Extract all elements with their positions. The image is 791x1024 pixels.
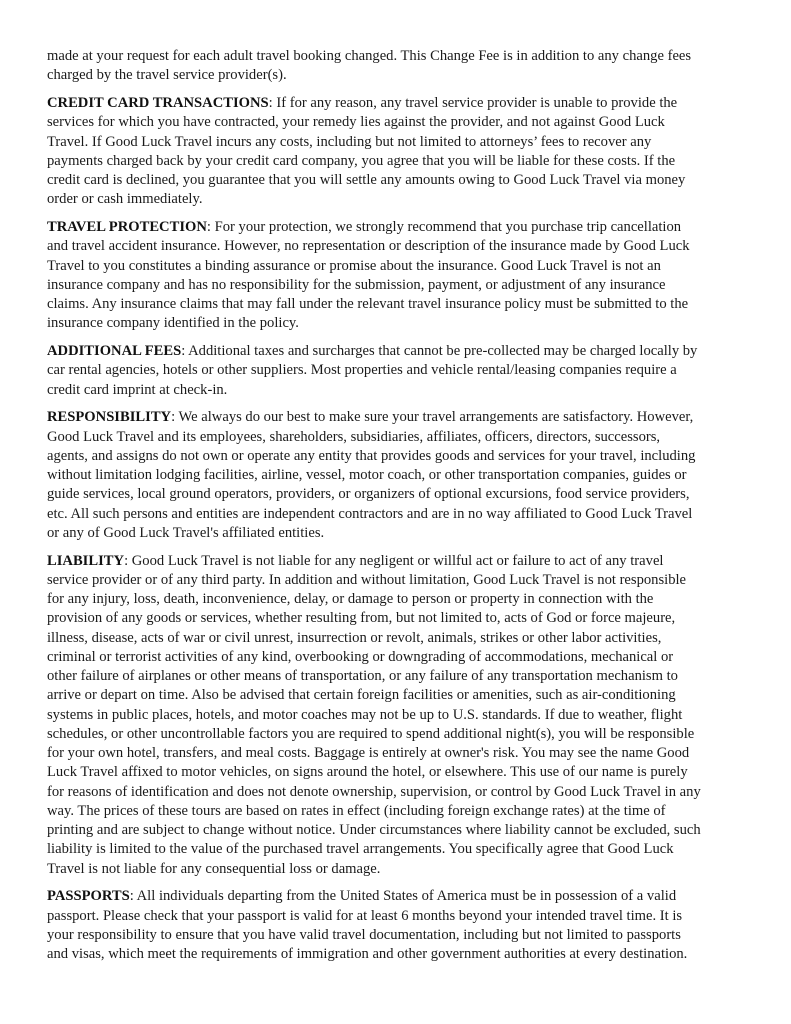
text-line: your responsibility to ensure that you h… [47, 926, 747, 945]
text-line: criminal or terrorist activities of any … [47, 648, 747, 667]
text-line: printing and are subject to change witho… [47, 821, 747, 840]
text-line: way. The prices of these tours are based… [47, 802, 747, 821]
text-fragment: : For your protection, we strongly recom… [207, 219, 681, 235]
text-line: liability is limited to the value of the… [47, 840, 747, 859]
text-line: schedules, or other uncontrollable facto… [47, 725, 747, 744]
text-fragment: : Good Luck Travel is not liable for any… [124, 553, 663, 569]
text-line: credit card is declined, you guarantee t… [47, 171, 747, 190]
text-line: charged by the travel service provider(s… [47, 66, 747, 85]
text-line: passport. Please check that your passpor… [47, 907, 747, 926]
section-credit-card-transactions: CREDIT CARD TRANSACTIONS: If for any rea… [47, 94, 747, 210]
document-page: made at your request for each adult trav… [47, 47, 747, 973]
text-line: guide services, local ground operators, … [47, 485, 747, 504]
text-line: TRAVEL PROTECTION: For your protection, … [47, 218, 747, 237]
text-line: for your own hotel, transfers, and meal … [47, 744, 747, 763]
section-responsibility: RESPONSIBILITY: We always do our best to… [47, 408, 747, 543]
text-line: Travel is not liable for any consequenti… [47, 860, 747, 879]
text-line: claims. Any insurance claims that may fa… [47, 295, 747, 314]
text-line: order or cash immediately. [47, 190, 747, 209]
text-line: credit card imprint at check-in. [47, 381, 747, 400]
section-travel-protection: TRAVEL PROTECTION: For your protection, … [47, 218, 747, 334]
text-line: RESPONSIBILITY: We always do our best to… [47, 408, 747, 427]
text-fragment: : We always do our best to make sure you… [171, 409, 693, 425]
text-line: for any injury, loss, death, inconvenien… [47, 590, 747, 609]
section-liability: LIABILITY: Good Luck Travel is not liabl… [47, 552, 747, 879]
text-line: LIABILITY: Good Luck Travel is not liabl… [47, 552, 747, 571]
section-additional-fees: ADDITIONAL FEES: Additional taxes and su… [47, 342, 747, 400]
text-line: insurance company and has no responsibil… [47, 276, 747, 295]
text-line: payments charged back by your credit car… [47, 152, 747, 171]
text-line: for reasons of identification and does n… [47, 783, 747, 802]
text-line: other failure of airplanes or other mean… [47, 667, 747, 686]
text-line: illness, disease, acts of war or civil u… [47, 629, 747, 648]
text-line: arrive or depart on time. Also be advise… [47, 686, 747, 705]
text-line: CREDIT CARD TRANSACTIONS: If for any rea… [47, 94, 747, 113]
text-line: Luck Travel affixed to motor vehicles, o… [47, 763, 747, 782]
text-line: and travel accident insurance. However, … [47, 237, 747, 256]
text-fragment: : All individuals departing from the Uni… [130, 888, 676, 904]
text-line: or any of Good Luck Travel's affiliated … [47, 524, 747, 543]
text-line: made at your request for each adult trav… [47, 47, 747, 66]
section-heading: ADDITIONAL FEES [47, 343, 181, 359]
section-heading: PASSPORTS [47, 888, 130, 904]
text-line: insurance company identified in the poli… [47, 314, 747, 333]
continuation-paragraph: made at your request for each adult trav… [47, 47, 747, 86]
text-line: without limitation lodging facilities, a… [47, 466, 747, 485]
text-fragment: : If for any reason, any travel service … [269, 95, 677, 111]
section-heading: TRAVEL PROTECTION [47, 219, 207, 235]
section-passports: PASSPORTS: All individuals departing fro… [47, 887, 747, 964]
text-line: systems in public places, hotels, and mo… [47, 706, 747, 725]
text-line: etc. All such persons and entities are i… [47, 505, 747, 524]
text-line: PASSPORTS: All individuals departing fro… [47, 887, 747, 906]
section-heading: CREDIT CARD TRANSACTIONS [47, 95, 269, 111]
text-line: agents, and assigns do not own or operat… [47, 447, 747, 466]
section-heading: LIABILITY [47, 553, 124, 569]
text-line: car rental agencies, hotels or other sup… [47, 361, 747, 380]
text-line: Good Luck Travel and its employees, shar… [47, 428, 747, 447]
text-line: ADDITIONAL FEES: Additional taxes and su… [47, 342, 747, 361]
text-line: services for which you have contracted, … [47, 113, 747, 132]
text-line: and visas, which meet the requirements o… [47, 945, 747, 964]
text-line: provision of any goods or services, whet… [47, 609, 747, 628]
text-line: Travel to you constitutes a binding assu… [47, 257, 747, 276]
text-line: Travel. If Good Luck Travel incurs any c… [47, 133, 747, 152]
text-fragment: : Additional taxes and surcharges that c… [181, 343, 697, 359]
text-line: service provider or of any third party. … [47, 571, 747, 590]
section-heading: RESPONSIBILITY [47, 409, 171, 425]
